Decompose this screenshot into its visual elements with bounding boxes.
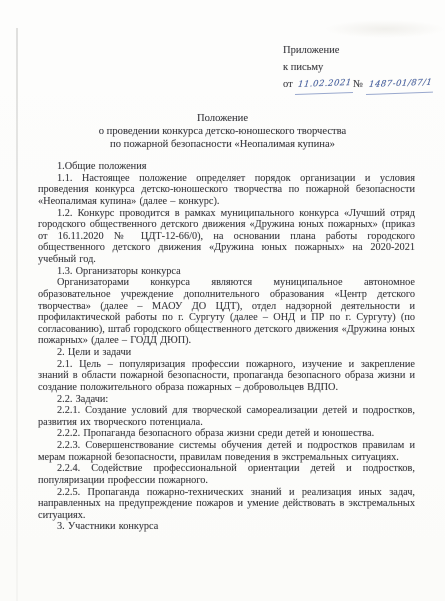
paragraph-2-2-4: 2.2.4. Содействие профессиональной ориен…: [38, 463, 415, 486]
paragraph-2-1: 2.1. Цель – популяризация профессии пожа…: [38, 359, 415, 394]
paragraph-2-2-3: 2.2.3. Совершенствование системы обучени…: [38, 440, 415, 463]
paragraph-2-2-2: 2.2.2. Пропаганда безопасного образа жиз…: [38, 428, 415, 440]
reference-line-date-number: от 11.02.2021№ 1487-01/87/1: [283, 77, 433, 95]
numero-sign: №: [353, 79, 363, 90]
reference-line-to-letter: к письму: [283, 60, 433, 77]
handwritten-number: 1487-01/87/1: [366, 75, 435, 95]
paragraph-section-2: 2. Цели и задачи: [38, 347, 415, 359]
paragraph-1-2: 1.2. Конкурс проводится в рамках муницип…: [38, 208, 415, 266]
paragraph-2-2-1: 2.2.1. Создание условий для творческой с…: [38, 405, 415, 428]
paragraph-2-2: 2.2. Задачи:: [38, 394, 415, 406]
paragraph-2-2-5: 2.2.5. Пропаганда пожарно-технических зн…: [38, 487, 415, 522]
title-line-2: о проведении конкурса детско-юношеского …: [30, 125, 415, 138]
scan-smudge-artifact: [325, 20, 445, 38]
title-line-3: по пожарной безопасности «Неопалимая куп…: [30, 138, 415, 151]
paragraph-section-1: 1.Общие положения: [38, 161, 415, 173]
document-body: 1.Общие положения 1.1. Настоящее положен…: [38, 161, 415, 533]
scan-edge-artifact: [16, 28, 18, 601]
handwritten-date: 11.02.2021: [295, 75, 354, 95]
reference-from-label: от: [283, 79, 293, 90]
title-line-1: Положение: [30, 112, 415, 125]
paragraph-1-1: 1.1. Настоящее положение определяет поря…: [38, 173, 415, 208]
paragraph-section-3: 3. Участники конкурса: [38, 521, 415, 533]
paragraph-1-3: 1.3. Организаторы конкурса: [38, 266, 415, 278]
paragraph-organizers: Организаторами конкурса являются муницип…: [38, 277, 415, 347]
reference-line-appendix: Приложение: [283, 43, 433, 60]
document-reference-block: Приложение к письму от 11.02.2021№ 1487-…: [283, 43, 433, 95]
document-page: Приложение к письму от 11.02.2021№ 1487-…: [0, 0, 445, 601]
document-title: Положение о проведении конкурса детско-ю…: [30, 112, 415, 151]
